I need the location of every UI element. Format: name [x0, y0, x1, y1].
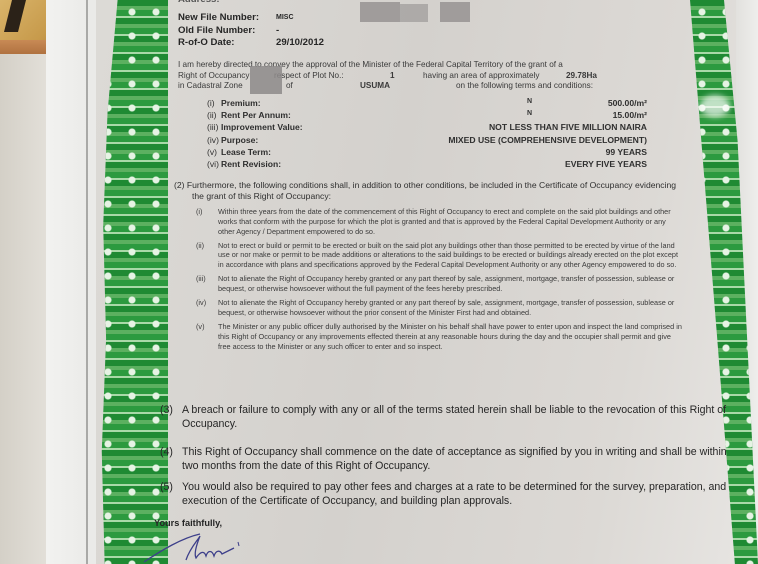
term-row: (iv)Purpose:MIXED USE (COMPREHENSIVE DEV…	[207, 135, 647, 147]
condition-number: (ii)	[196, 241, 204, 251]
plot-number: 1	[390, 71, 395, 82]
redaction-block	[250, 66, 282, 94]
term-row: (i)Premium:N500.00/m²	[207, 98, 647, 110]
condition-number: (iii)	[196, 274, 206, 284]
address-label: Address:	[178, 0, 220, 5]
section-5: (5) You would also be required to pay ot…	[160, 481, 730, 508]
section-2: (2) Furthermore, the following condition…	[174, 180, 684, 352]
condition-text: Not to alienate the Right of Occupancy h…	[218, 298, 674, 317]
term-label: Rent Per Annum:	[221, 110, 291, 120]
term-number: (iii)	[207, 122, 218, 132]
signature-icon	[142, 530, 262, 564]
term-value: EVERY FIVE YEARS	[565, 159, 647, 169]
condition-number: (i)	[196, 207, 202, 217]
condition-text: The Minister or any public officer dully…	[218, 322, 682, 351]
condition-item: (ii)Not to erect or build or permit to b…	[174, 241, 684, 271]
term-value: 500.00/m²	[608, 98, 647, 108]
term-row: (iii)Improvement Value:NOT LESS THAN FIV…	[207, 122, 647, 134]
old-file-value: -	[276, 25, 279, 36]
section-4: (4) This Right of Occupancy shall commen…	[160, 446, 730, 473]
term-number: (ii)	[207, 110, 217, 120]
intro-line-1: I am hereby directed to convey the appro…	[178, 60, 648, 71]
district-name: USUMA	[360, 81, 390, 92]
section-2-heading: (2) Furthermore, the following condition…	[174, 180, 684, 203]
section-2-conditions: (i)Within three years from the date of t…	[174, 207, 684, 352]
new-file-value: MISC	[276, 14, 294, 21]
old-file-number: Old File Number: -	[178, 25, 255, 36]
redaction-block	[400, 4, 428, 22]
condition-item: (i)Within three years from the date of t…	[174, 207, 684, 237]
new-file-number: New File Number: MISC	[178, 12, 259, 23]
naira-symbol-icon: N	[527, 98, 532, 105]
rofo-date: R-of-O Date: 29/10/2012	[178, 37, 235, 48]
condition-item: (v)The Minister or any public officer du…	[174, 322, 684, 352]
condition-item: (iv)Not to alienate the Right of Occupan…	[174, 298, 684, 318]
intro-paragraph: I am hereby directed to convey the appro…	[178, 60, 648, 92]
condition-text: Not to alienate the Right of Occupancy h…	[218, 274, 674, 293]
new-file-label: New File Number:	[178, 12, 259, 23]
document-content: Address: New File Number: MISC Old File …	[170, 0, 690, 564]
term-value: 15.00/m²	[613, 110, 647, 120]
intro-line-2: Right of Occupancy respect of Plot No.: …	[178, 71, 648, 82]
old-file-label: Old File Number:	[178, 25, 255, 36]
term-number: (v)	[207, 147, 217, 157]
naira-symbol-icon: N	[527, 110, 532, 117]
redaction-block	[360, 2, 400, 22]
term-row: (v)Lease Term:99 YEARS	[207, 147, 647, 159]
rofo-date-value: 29/10/2012	[276, 37, 324, 48]
condition-item: (iii)Not to alienate the Right of Occupa…	[174, 274, 684, 294]
term-label: Premium:	[221, 98, 261, 108]
term-row: (ii)Rent Per Annum:N15.00/m²	[207, 110, 647, 122]
term-value: NOT LESS THAN FIVE MILLION NAIRA	[489, 122, 647, 132]
term-number: (i)	[207, 98, 215, 108]
condition-text: Within three years from the date of the …	[218, 207, 671, 236]
condition-number: (iv)	[196, 298, 206, 308]
term-label: Lease Term:	[221, 147, 271, 157]
term-number: (vi)	[207, 159, 219, 169]
rofo-date-label: R-of-O Date:	[178, 37, 235, 48]
redaction-block	[440, 2, 470, 22]
light-glare	[700, 95, 730, 117]
term-number: (iv)	[207, 135, 219, 145]
term-label: Improvement Value:	[221, 122, 303, 132]
term-label: Purpose:	[221, 135, 258, 145]
closing-salutation: Yours faithfully,	[154, 518, 222, 528]
term-value: 99 YEARS	[606, 147, 647, 157]
condition-number: (v)	[196, 322, 205, 332]
plot-area: 29.78Ha	[566, 71, 597, 82]
term-label: Rent Revision:	[221, 159, 281, 169]
term-value: MIXED USE (COMPREHENSIVE DEVELOPMENT)	[448, 135, 647, 145]
folder-crease	[86, 0, 88, 564]
condition-text: Not to erect or build or permit to be er…	[218, 241, 678, 270]
term-row: (vi)Rent Revision:EVERY FIVE YEARS	[207, 159, 647, 171]
terms-list: (i)Premium:N500.00/m²(ii)Rent Per Annum:…	[207, 98, 647, 171]
intro-line-3: in Cadastral Zone of USUMA on the follow…	[178, 81, 648, 92]
section-3: (3) A breach or failure to comply with a…	[160, 404, 730, 431]
